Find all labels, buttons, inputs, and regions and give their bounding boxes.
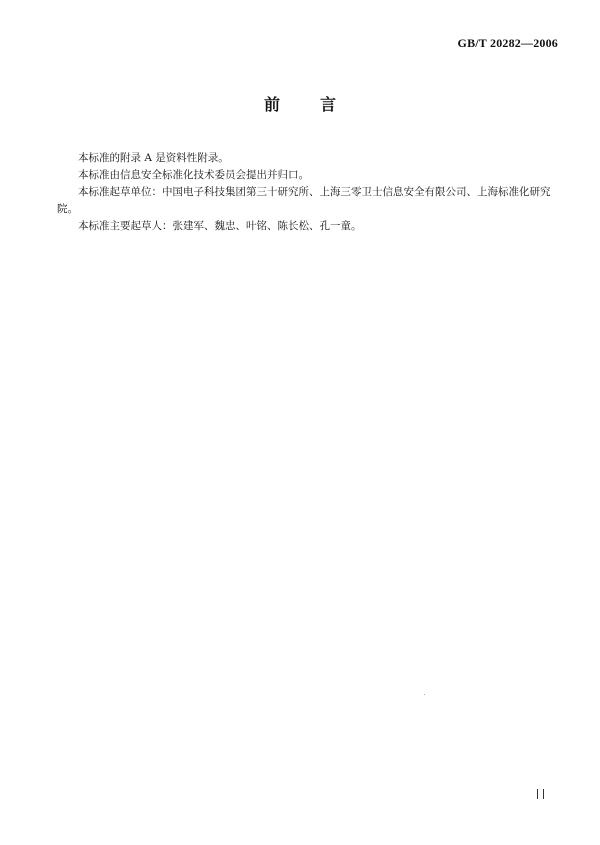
foreword-body: 本标准的附录 A 是资料性附录。 本标准由信息安全标准化技术委员会提出并归口。 … [57,150,557,235]
document-page: GB/T 20282—2006 前言 本标准的附录 A 是资料性附录。 本标准由… [0,0,600,845]
scan-speck [424,694,425,695]
paragraph-drafters: 本标准主要起草人：张建军、魏忠、叶铭、陈长松、孔一童。 [57,218,557,235]
page-title: 前言 [0,92,600,115]
title-char-1: 前 [264,92,280,115]
paragraph-drafting-units: 本标准起草单位：中国电子科技集团第三十研究所、上海三零卫士信息安全有限公司、上海… [57,184,557,218]
title-char-2: 言 [320,92,336,115]
paragraph-appendix: 本标准的附录 A 是资料性附录。 [57,150,557,167]
page-number: Ⅱ [537,789,544,799]
paragraph-proposer: 本标准由信息安全标准化技术委员会提出并归口。 [57,167,557,184]
standard-code: GB/T 20282—2006 [458,36,558,51]
